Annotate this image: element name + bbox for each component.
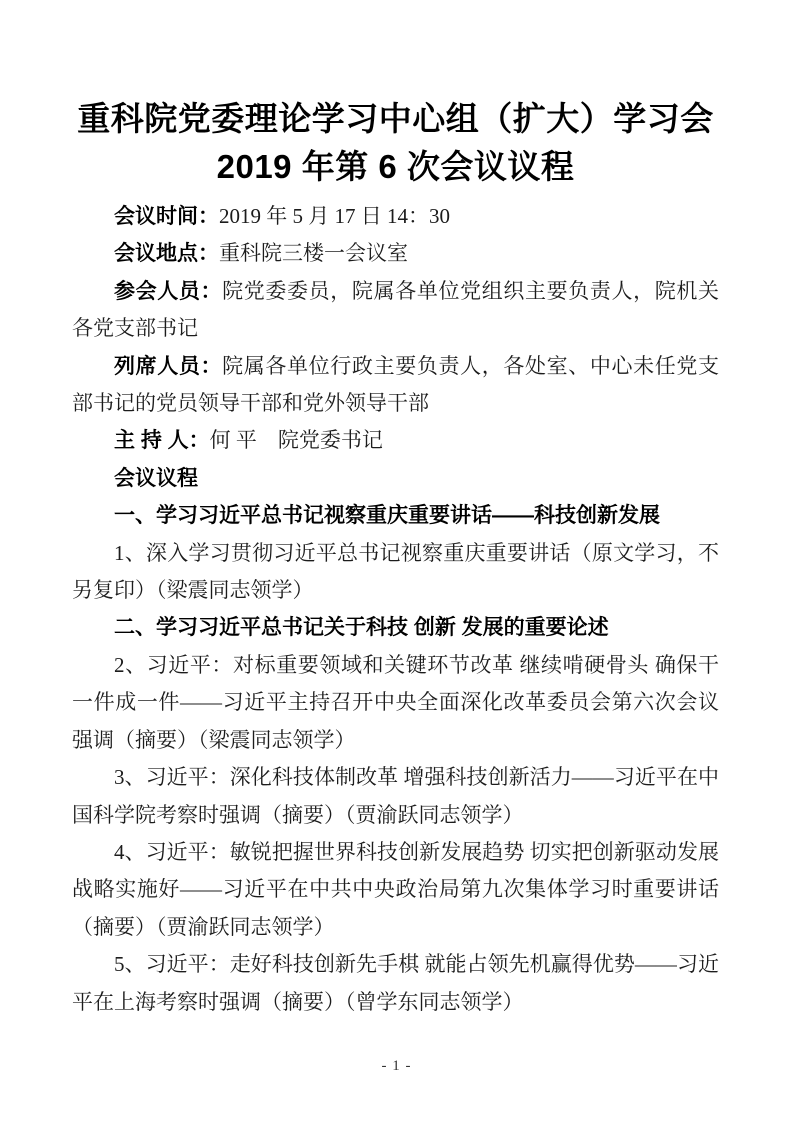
meta-value-meeting-location: 重科院三楼一会议室	[219, 241, 408, 265]
document-title: 重科院党委理论学习中心组（扩大）学习会 2019 年第 6 次会议议程	[72, 95, 719, 191]
page-number: - 1 -	[0, 1058, 793, 1075]
agenda-section-2-title: 二、学习习近平总书记关于科技 创新 发展的重要论述	[72, 609, 719, 646]
document-body: 会议时间：2019 年 5 月 17 日 14：30 会议地点：重科院三楼一会议…	[72, 198, 719, 1021]
meta-label-meeting-location: 会议地点：	[114, 242, 219, 265]
meta-row-meeting-time: 会议时间：2019 年 5 月 17 日 14：30	[72, 198, 719, 235]
agenda-item-3: 3、习近平：深化科技体制改革 增强科技创新活力——习近平在中国科学院考察时强调（…	[72, 759, 719, 834]
meta-row-meeting-location: 会议地点：重科院三楼一会议室	[72, 235, 719, 272]
agenda-item-2: 2、习近平：对标重要领域和关键环节改革 继续啃硬骨头 确保干一件成一件——习近平…	[72, 647, 719, 759]
meta-value-meeting-time: 2019 年 5 月 17 日 14：30	[219, 204, 450, 228]
meta-label-meeting-time: 会议时间：	[114, 205, 219, 228]
meta-value-host: 何 平 院党委书记	[210, 428, 383, 452]
meta-row-host: 主 持 人：何 平 院党委书记	[72, 422, 719, 459]
meta-label-host: 主 持 人：	[114, 429, 210, 452]
meta-row-attendees: 参会人员：院党委委员，院属各单位党组织主要负责人，院机关各党支部书记	[72, 273, 719, 348]
title-line-1: 重科院党委理论学习中心组（扩大）学习会	[72, 95, 719, 143]
agenda-item-5: 5、习近平：走好科技创新先手棋 就能占领先机赢得优势——习近平在上海考察时强调（…	[72, 946, 719, 1021]
meta-label-attendees: 参会人员：	[114, 280, 222, 303]
agenda-section-1-title: 一、学习习近平总书记视察重庆重要讲话——科技创新发展	[72, 497, 719, 534]
agenda-item-1: 1、深入学习贯彻习近平总书记视察重庆重要讲话（原文学习，不另复印）（梁震同志领学…	[72, 535, 719, 610]
meta-row-observers: 列席人员：院属各单位行政主要负责人，各处室、中心未任党支部书记的党员领导干部和党…	[72, 348, 719, 423]
agenda-item-4: 4、习近平：敏锐把握世界科技创新发展趋势 切实把创新驱动发展战略实施好——习近平…	[72, 834, 719, 946]
document-page: 重科院党委理论学习中心组（扩大）学习会 2019 年第 6 次会议议程 会议时间…	[0, 0, 793, 1122]
agenda-heading: 会议议程	[72, 460, 719, 497]
title-line-2: 2019 年第 6 次会议议程	[72, 143, 719, 191]
meta-label-observers: 列席人员：	[114, 355, 222, 378]
